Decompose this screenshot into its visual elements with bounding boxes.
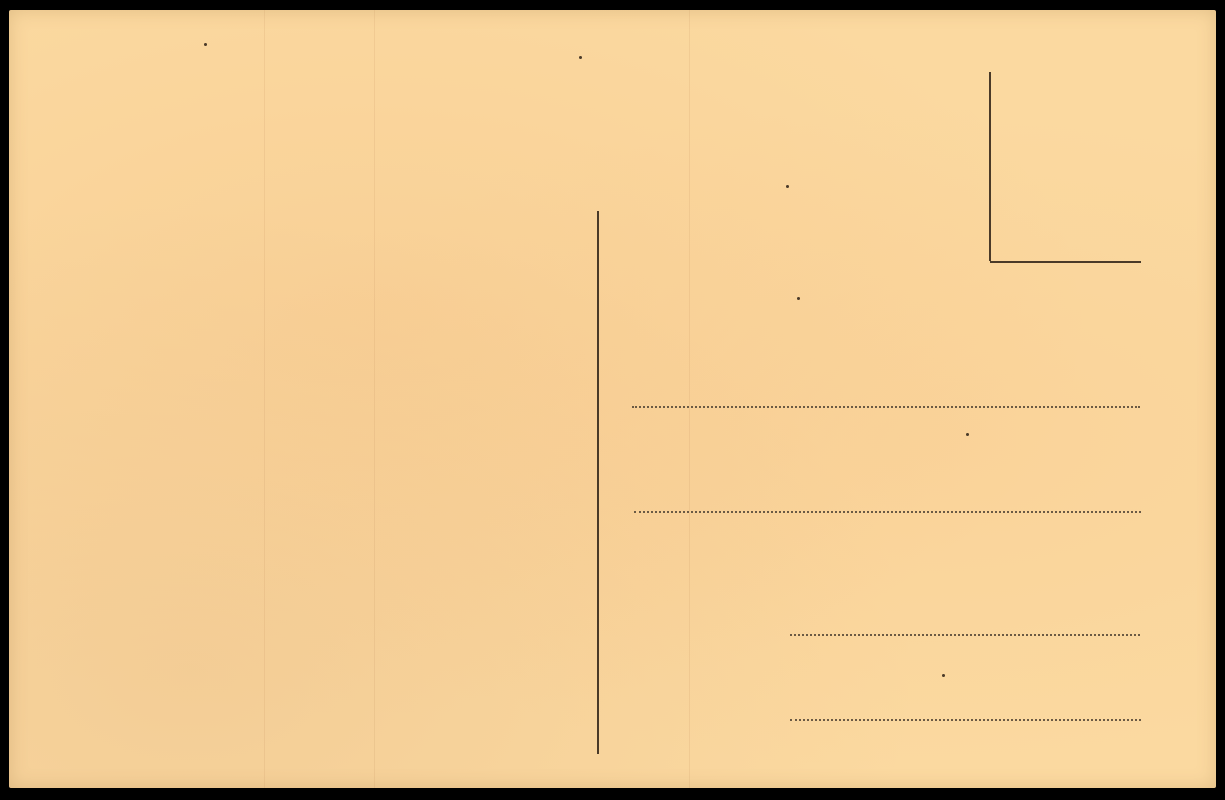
address-line-1	[632, 406, 1140, 408]
card-fold-line	[374, 10, 375, 788]
card-fold-line	[689, 10, 690, 788]
stamp-box-bottom-edge	[990, 261, 1141, 263]
address-line-4	[790, 719, 1141, 721]
paper-speck	[204, 43, 207, 46]
paper-speck	[786, 185, 789, 188]
message-address-divider	[597, 211, 599, 754]
stamp-box-left-edge	[989, 72, 991, 261]
address-line-2	[634, 511, 1141, 513]
paper-speck	[579, 56, 582, 59]
card-fold-line	[264, 10, 265, 788]
paper-speck	[966, 433, 969, 436]
paper-speck	[797, 297, 800, 300]
postcard-back	[9, 10, 1216, 788]
paper-speck	[942, 674, 945, 677]
address-line-3	[790, 634, 1140, 636]
